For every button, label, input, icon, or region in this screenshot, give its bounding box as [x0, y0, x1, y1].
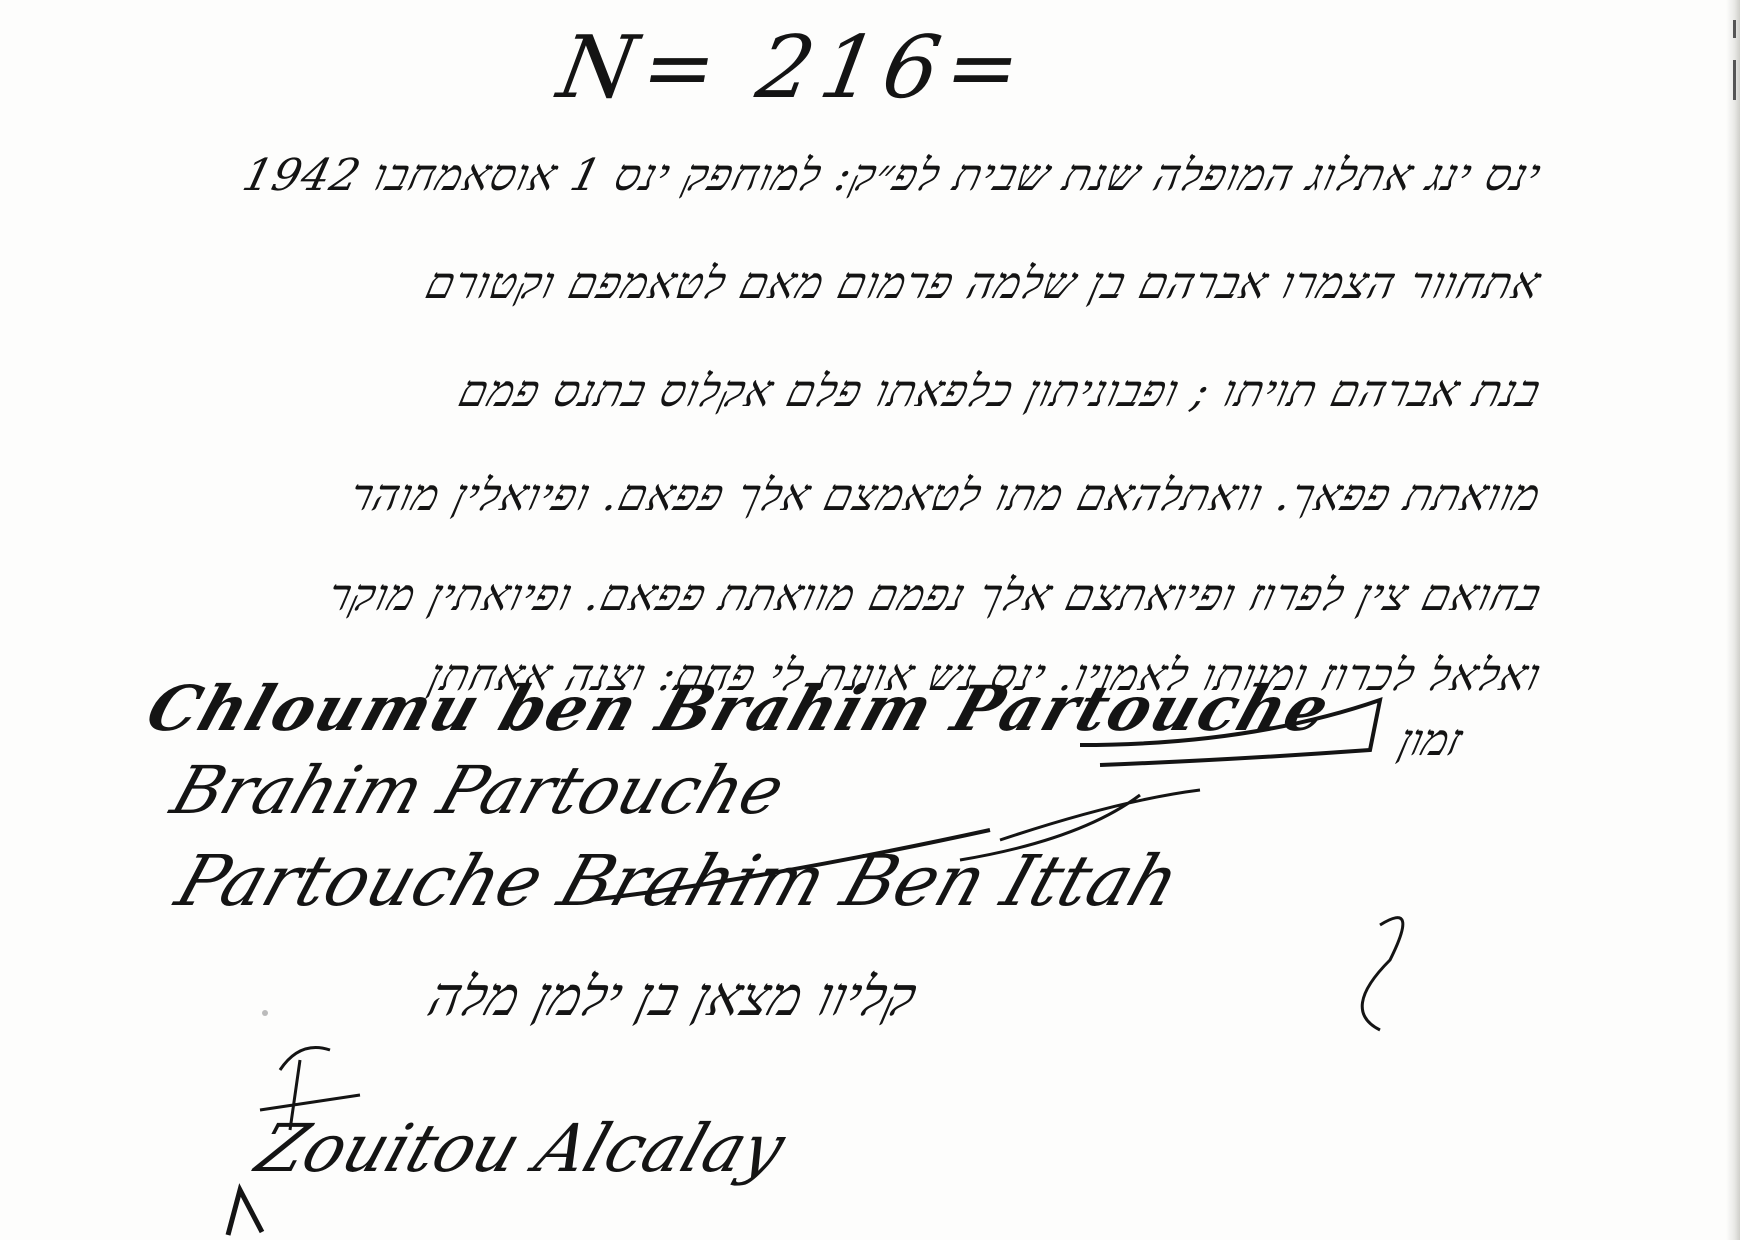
hebrew-line-4: מוואתת פפאך. וואתלהאם מתו לטאמצם אלך פפא… [345, 470, 1547, 521]
margin-hebrew-note: זמון [1394, 715, 1468, 766]
signature-1: Chloumu ben Brahim Partouche [138, 672, 1340, 745]
scan-edge-mark [1733, 60, 1736, 100]
hebrew-line-5: בחואם צין לפרוז ופיואתצם אלך נפמם מוואתת… [322, 570, 1546, 621]
scan-edge-mark [1733, 20, 1736, 38]
scanned-document-page: N= 216= ינס ינג אתלוג המופלה שנת שבית לפ… [0, 0, 1740, 1240]
signature-3-patronymic: Ben Ittah [832, 840, 1190, 922]
bottom-hebrew-signature: קליוו מצאן בן ילמן מלה [422, 965, 923, 1028]
scan-page-edge [1726, 0, 1740, 1240]
hebrew-line-3: בנת אברהם תויתו ; ופבוניתון כלפאתו פלם א… [454, 366, 1546, 417]
signature-curl-icon [1362, 918, 1403, 1030]
hebrew-line-text: ינס ינג אתלוג המופלה שנת שבית לפ״ק: למוח… [369, 150, 1547, 201]
document-number: N= 216= [551, 18, 1035, 118]
signature-3: Partouche Brahim Ben Ittah [167, 840, 1190, 922]
partial-letter-icon [228, 1190, 262, 1235]
hebrew-line-1: ינס ינג אתלוג המופלה שנת שבית לפ״ק: למוח… [224, 150, 1547, 201]
document-date-year: 1942 [238, 150, 367, 201]
signature-3-struck-name: Brahim [549, 840, 836, 922]
scan-speck [262, 1010, 268, 1016]
signature-4: Zouitou Alcalay [247, 1110, 794, 1187]
signature-2: Brahim Partouche [162, 752, 793, 829]
hebrew-line-2: אתחוור הצמרו אברהם בן שלמה פרמום מאם לטא… [421, 258, 1547, 309]
signature-3-surname: Partouche [167, 840, 554, 922]
